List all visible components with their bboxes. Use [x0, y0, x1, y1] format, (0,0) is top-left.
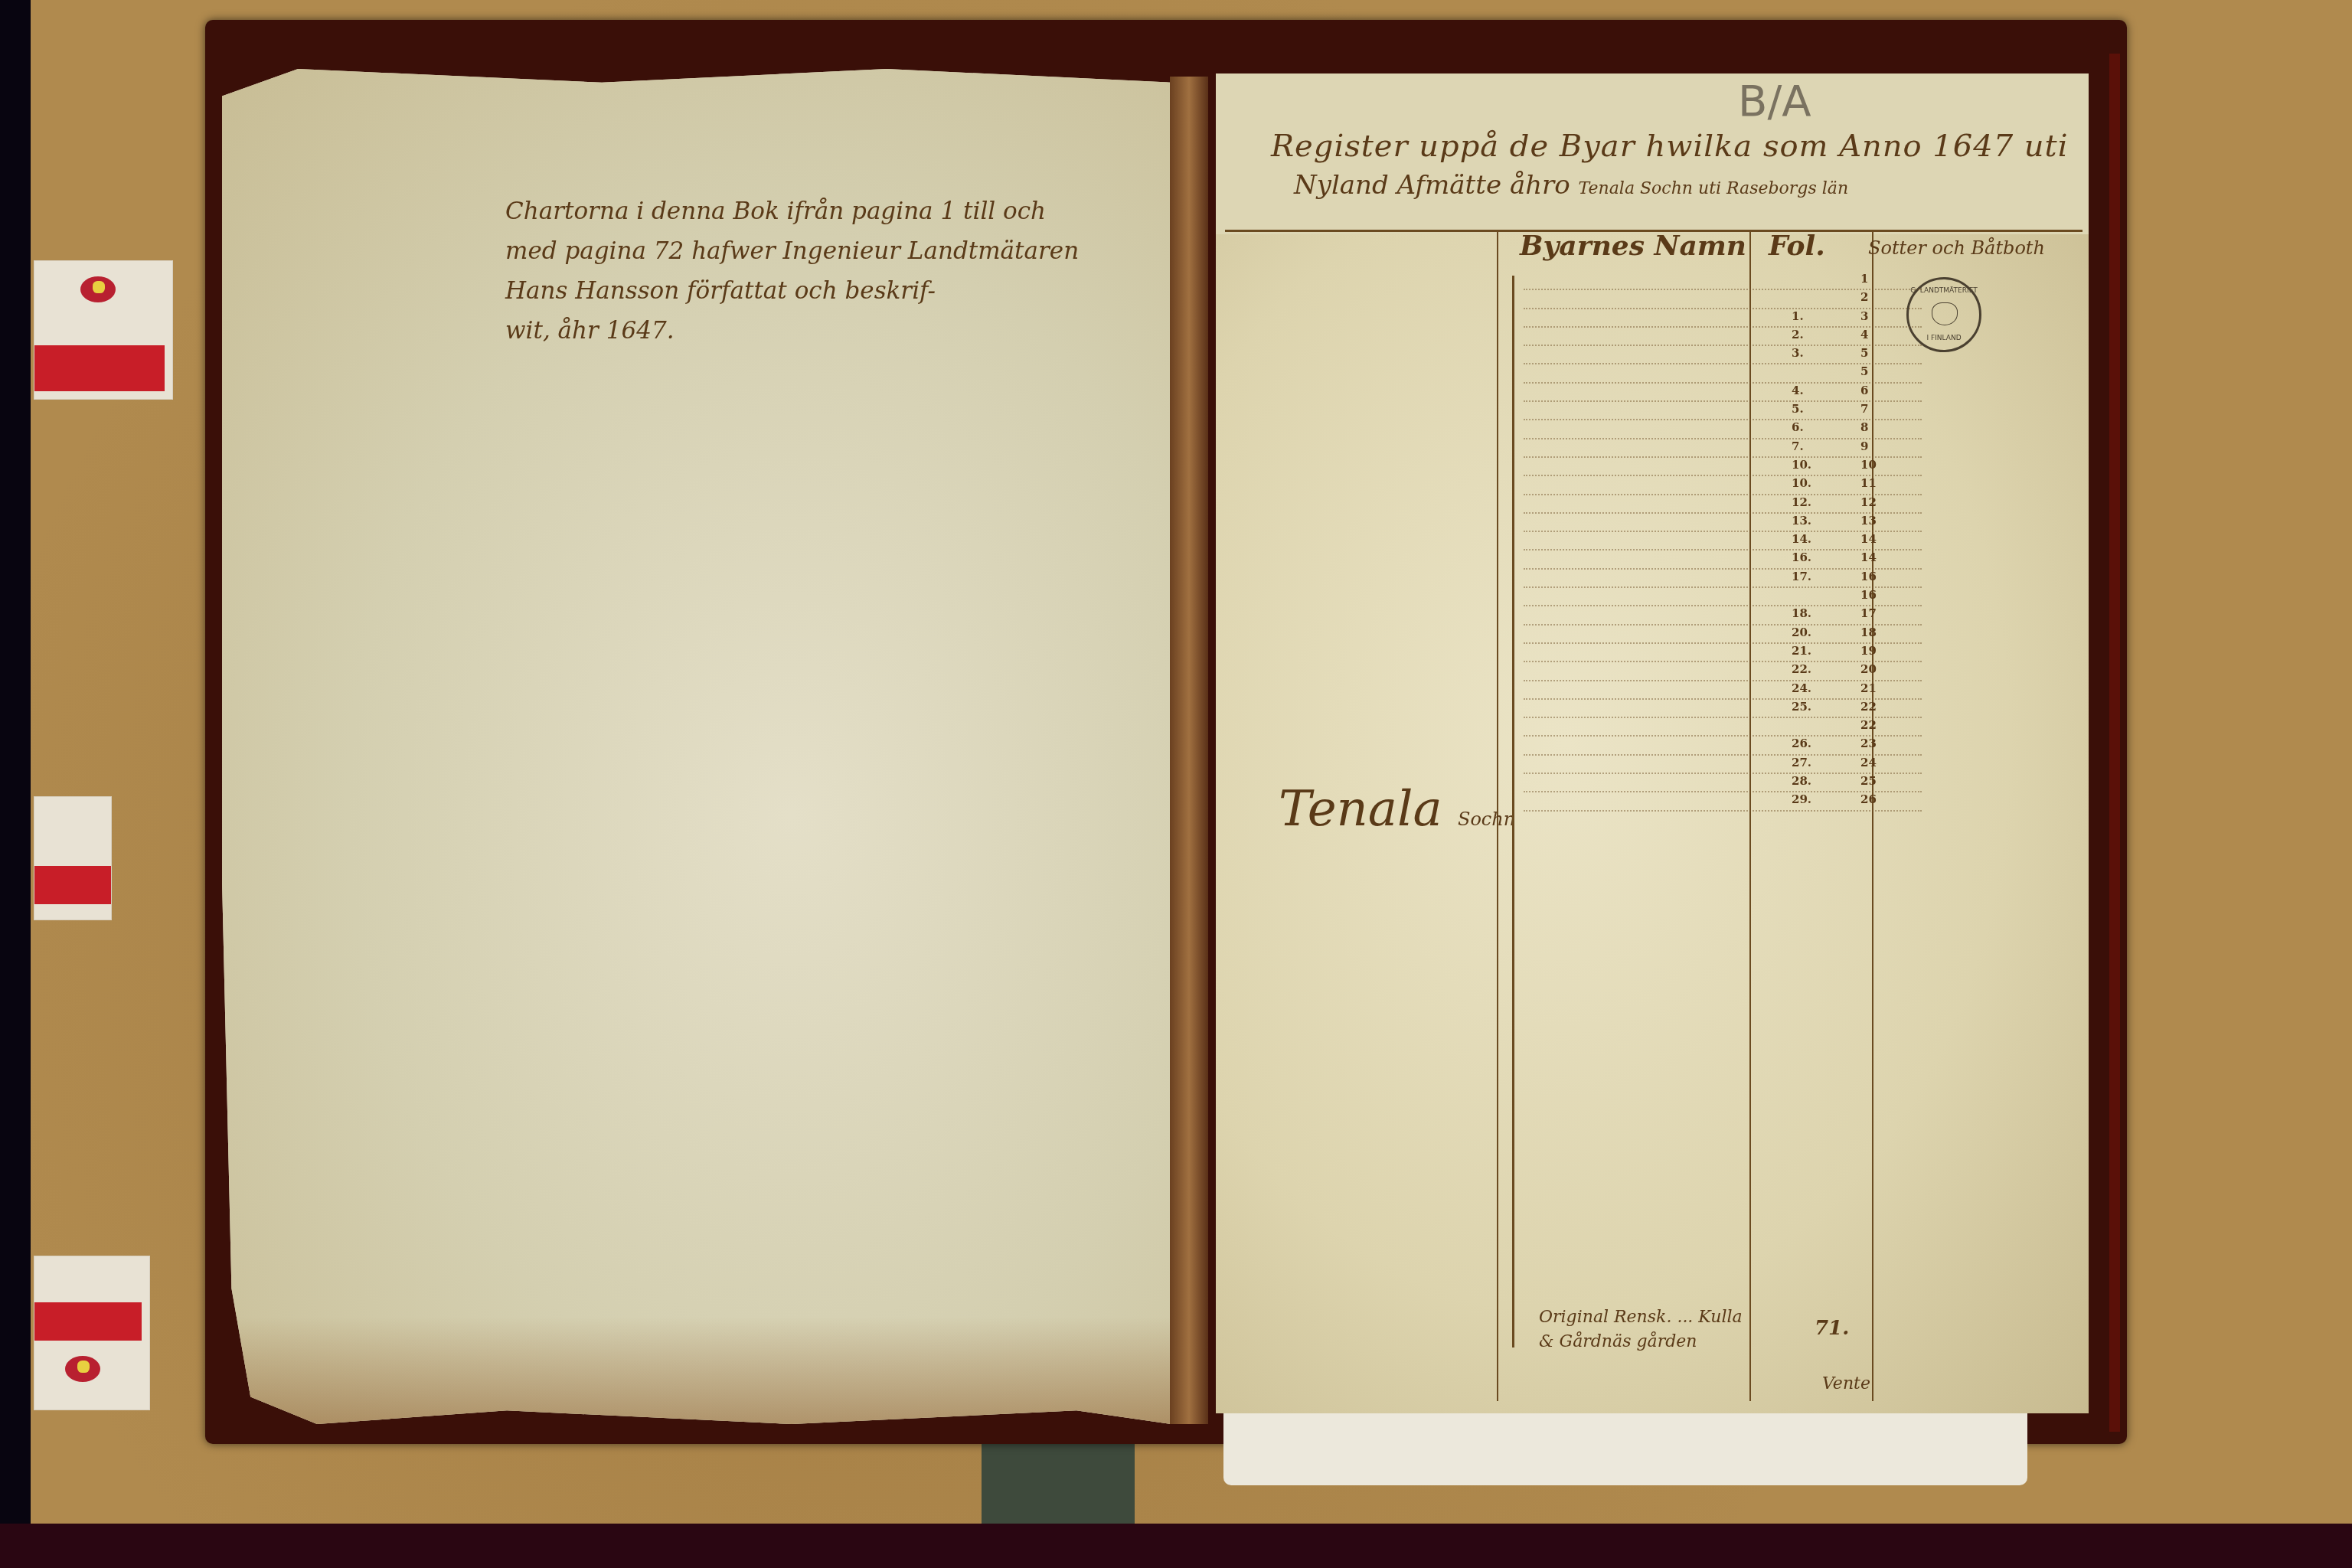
table-row: 24.21	[1524, 681, 1922, 700]
register-title: Register uppå de Byar hwilka som Anno 16…	[1271, 129, 2069, 164]
tape-label	[34, 796, 112, 920]
note-line: Chartorna i denna Bok ifrån pagina 1 til…	[505, 191, 1164, 231]
note-line: wit, åhr 1647.	[505, 311, 1164, 351]
column-header-names: Byarnes Namn	[1520, 230, 1746, 262]
tape-label	[34, 260, 173, 400]
table-row: 27.24	[1524, 756, 1922, 774]
parish-suffix: Sochn	[1458, 808, 1515, 830]
table-row: 25.22	[1524, 700, 1922, 718]
table-row: 22	[1524, 718, 1922, 737]
table-row: 10.10	[1524, 458, 1922, 476]
bird-logo-icon	[65, 1356, 100, 1382]
table-row: 16	[1524, 588, 1922, 606]
subtitle-parish: Tenala Sochn uti Raseborgs län	[1579, 179, 1848, 198]
parish-name: Tenala	[1279, 781, 1442, 838]
note-line: Hans Hansson författat och beskrif-	[505, 271, 1164, 311]
table-row: 4.6	[1524, 384, 1922, 402]
table-row: 26.23	[1524, 737, 1922, 755]
table-row: 14.14	[1524, 532, 1922, 550]
bottom-dark-edge	[0, 1524, 2352, 1568]
table-row: 1.3	[1524, 309, 1922, 328]
register-subtitle: Nyland Afmätte åhro Tenala Sochn uti Ras…	[1294, 170, 1848, 201]
footer-total: 71.	[1815, 1317, 1849, 1340]
stain	[222, 1317, 1171, 1424]
table-row: 17.16	[1524, 570, 1922, 588]
underlying-pages	[1223, 1409, 2027, 1485]
table-row: 21.19	[1524, 644, 1922, 662]
table-row: 2.4	[1524, 328, 1922, 346]
book-spine-gutter	[1170, 77, 1208, 1424]
table-row: 28.25	[1524, 774, 1922, 792]
brace	[1512, 276, 1519, 1347]
table-row: 13.13	[1524, 514, 1922, 532]
table-row: 1	[1524, 272, 1922, 290]
note-line: med pagina 72 hafwer Ingenieur Landtmäta…	[505, 231, 1164, 271]
register-rows: 1 2 1.3 2.4 3.5 5 4.6 5.7 6.8 7.9 10.10 …	[1524, 272, 1922, 812]
bird-logo-icon	[80, 276, 116, 302]
table-row: 29.26	[1524, 792, 1922, 811]
table-row: 3.5	[1524, 346, 1922, 364]
column-header-folio: Fol.	[1769, 230, 1825, 262]
authorship-note: Chartorna i denna Bok ifrån pagina 1 til…	[505, 191, 1164, 351]
footer-note: Original Rensk. ... Kulla & Gårdnäs gård…	[1539, 1305, 1743, 1354]
table-row: 20.18	[1524, 626, 1922, 644]
parish-label: Tenala Sochn	[1279, 781, 1515, 838]
table-row: 22.20	[1524, 662, 1922, 681]
left-dark-edge	[0, 0, 31, 1524]
dark-mat	[982, 1432, 1135, 1524]
table-row: 2	[1524, 290, 1922, 309]
table-row: 7.9	[1524, 439, 1922, 458]
table-row: 6.8	[1524, 420, 1922, 439]
table-row: 18.17	[1524, 606, 1922, 625]
table-row: 10.11	[1524, 476, 1922, 495]
footer-turn: Vente	[1822, 1374, 1870, 1393]
table-row: 16.14	[1524, 550, 1922, 569]
subtitle-main: Nyland Afmätte åhro	[1294, 170, 1570, 201]
crest-icon	[1932, 302, 1958, 325]
cover-edge	[2109, 54, 2120, 1432]
table-row: 5.7	[1524, 402, 1922, 420]
catalog-mark: B/A	[1738, 77, 1811, 126]
tape-label	[34, 1256, 150, 1410]
margin-note: Sotter och Båtboth	[1868, 237, 2045, 259]
table-row: 12.12	[1524, 495, 1922, 514]
table-row: 5	[1524, 364, 1922, 383]
